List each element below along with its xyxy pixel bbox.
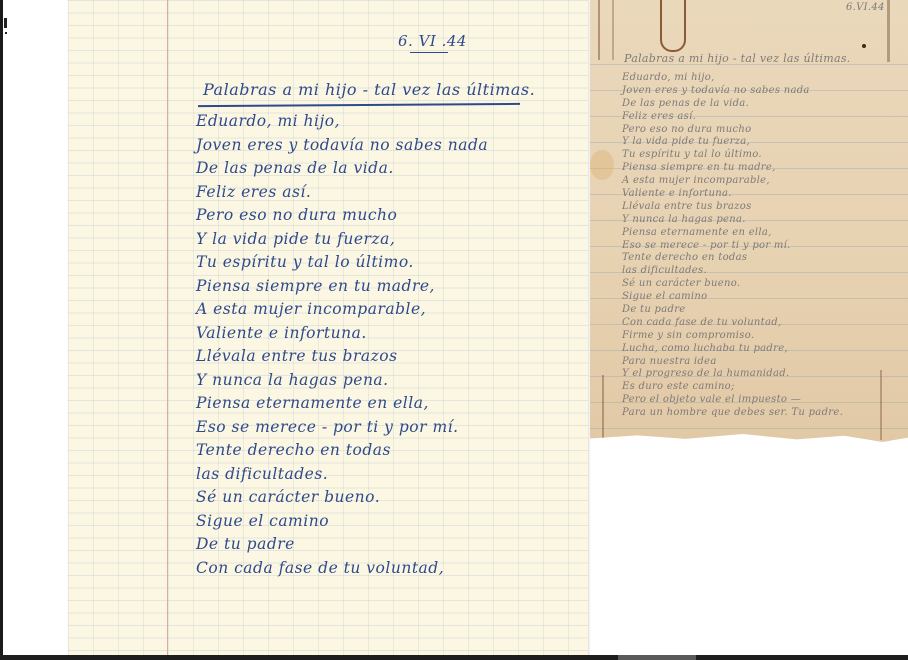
letter-line: Valiente e infortuna. — [196, 322, 488, 346]
letter-body: Eduardo, mi hijo, Joven eres y todavía n… — [196, 110, 488, 580]
letter-line: Feliz eres así. — [622, 111, 843, 124]
letter-line: Eso se merece - por ti y por mí. — [196, 416, 488, 440]
letter-line: De tu padre — [196, 533, 488, 557]
fold-crease — [887, 0, 890, 62]
letter-line: Tente derecho en todas — [196, 439, 488, 463]
letter-line: Con cada fase de tu voluntad, — [622, 317, 843, 330]
letter-line: Piensa eternamente en ella, — [622, 227, 843, 240]
letter-line: Eduardo, mi hijo, — [622, 72, 843, 85]
paper-stain — [590, 150, 614, 180]
ruled-line — [590, 428, 908, 429]
letter-line: Joven eres y todavía no sabes nada — [196, 134, 488, 158]
letter-line: Tu espíritu y tal lo último. — [622, 149, 843, 162]
letter-line: Firme y sin compromiso. — [622, 330, 843, 343]
paperclip-stain — [660, 0, 686, 52]
letter-line: Feliz eres así. — [196, 181, 488, 205]
letter-date: 6. VI .44 — [398, 32, 467, 50]
scan-mark — [5, 32, 7, 34]
letter-line: De las penas de la vida. — [622, 98, 843, 111]
letter-line: Y nunca la hagas pena. — [622, 214, 843, 227]
margin-line — [167, 0, 168, 658]
letter-line: Pero el objeto vale el impuesto — — [622, 394, 843, 407]
letter-line: A esta mujer incomparable, — [196, 298, 488, 322]
letter-date: 6.VI.44 — [846, 2, 885, 13]
letter-line: Piensa eternamente en ella, — [196, 392, 488, 416]
letter-line: Es duro este camino; — [622, 381, 843, 394]
horizontal-scrollbar-track[interactable] — [0, 655, 908, 660]
letter-title: Palabras a mi hijo - tal vez las últimas… — [624, 52, 851, 65]
letter-line: Para un hombre que debes ser. Tu padre. — [622, 407, 843, 420]
letter-sheet-aged-pencil: 6.VI.44 Palabras a mi hijo - tal vez las… — [590, 0, 908, 442]
scan-mark — [4, 18, 7, 28]
letter-line: A esta mujer incomparable, — [622, 175, 843, 188]
letter-line: Con cada fase de tu voluntad, — [196, 557, 488, 581]
letter-line: Eduardo, mi hijo, — [196, 110, 488, 134]
letter-line: Lucha, como luchaba tu padre, — [622, 343, 843, 356]
letter-line: Joven eres y todavía no sabes nada — [622, 85, 843, 98]
letter-line: Valiente e infortuna. — [622, 188, 843, 201]
letter-line: Pero eso no dura mucho — [622, 124, 843, 137]
letter-sheet-handwritten-ink: 6. VI .44 Palabras a mi hijo - tal vez l… — [68, 0, 588, 658]
letter-line: Sigue el camino — [622, 291, 843, 304]
letter-line: Piensa siempre en tu madre, — [196, 275, 488, 299]
fold-crease — [880, 370, 882, 440]
letter-line: Tu espíritu y tal lo último. — [196, 251, 488, 275]
letter-body: Eduardo, mi hijo, Joven eres y todavía n… — [622, 72, 843, 420]
letter-line: Y el progreso de la humanidad. — [622, 368, 843, 381]
letter-title: Palabras a mi hijo - tal vez las últimas… — [203, 80, 535, 99]
ink-spot — [862, 44, 866, 48]
title-underline — [198, 103, 520, 107]
fold-crease — [602, 375, 604, 440]
letter-line: Para nuestra idea — [622, 356, 843, 369]
letter-line: Tente derecho en todas — [622, 252, 843, 265]
letter-line: Eso se merece - por ti y por mí. — [622, 240, 843, 253]
letter-line: las dificultades. — [622, 265, 843, 278]
letter-line: Piensa siempre en tu madre, — [622, 162, 843, 175]
letter-line: Sé un carácter bueno. — [196, 486, 488, 510]
scan-left-edge — [0, 0, 3, 660]
letter-line: Y la vida pide tu fuerza, — [622, 136, 843, 149]
letter-line: De las penas de la vida. — [196, 157, 488, 181]
date-underline — [410, 52, 448, 53]
letter-line: Pero eso no dura mucho — [196, 204, 488, 228]
letter-line: Sé un carácter bueno. — [622, 278, 843, 291]
fold-crease — [598, 0, 600, 60]
fold-crease — [612, 0, 614, 60]
letter-line: Y la vida pide tu fuerza, — [196, 228, 488, 252]
letter-line: Llévala entre tus brazos — [622, 201, 843, 214]
letter-line: De tu padre — [622, 304, 843, 317]
horizontal-scrollbar-thumb[interactable] — [618, 655, 696, 660]
letter-line: Y nunca la hagas pena. — [196, 369, 488, 393]
letter-line: Llévala entre tus brazos — [196, 345, 488, 369]
letter-line: las dificultades. — [196, 463, 488, 487]
letter-line: Sigue el camino — [196, 510, 488, 534]
